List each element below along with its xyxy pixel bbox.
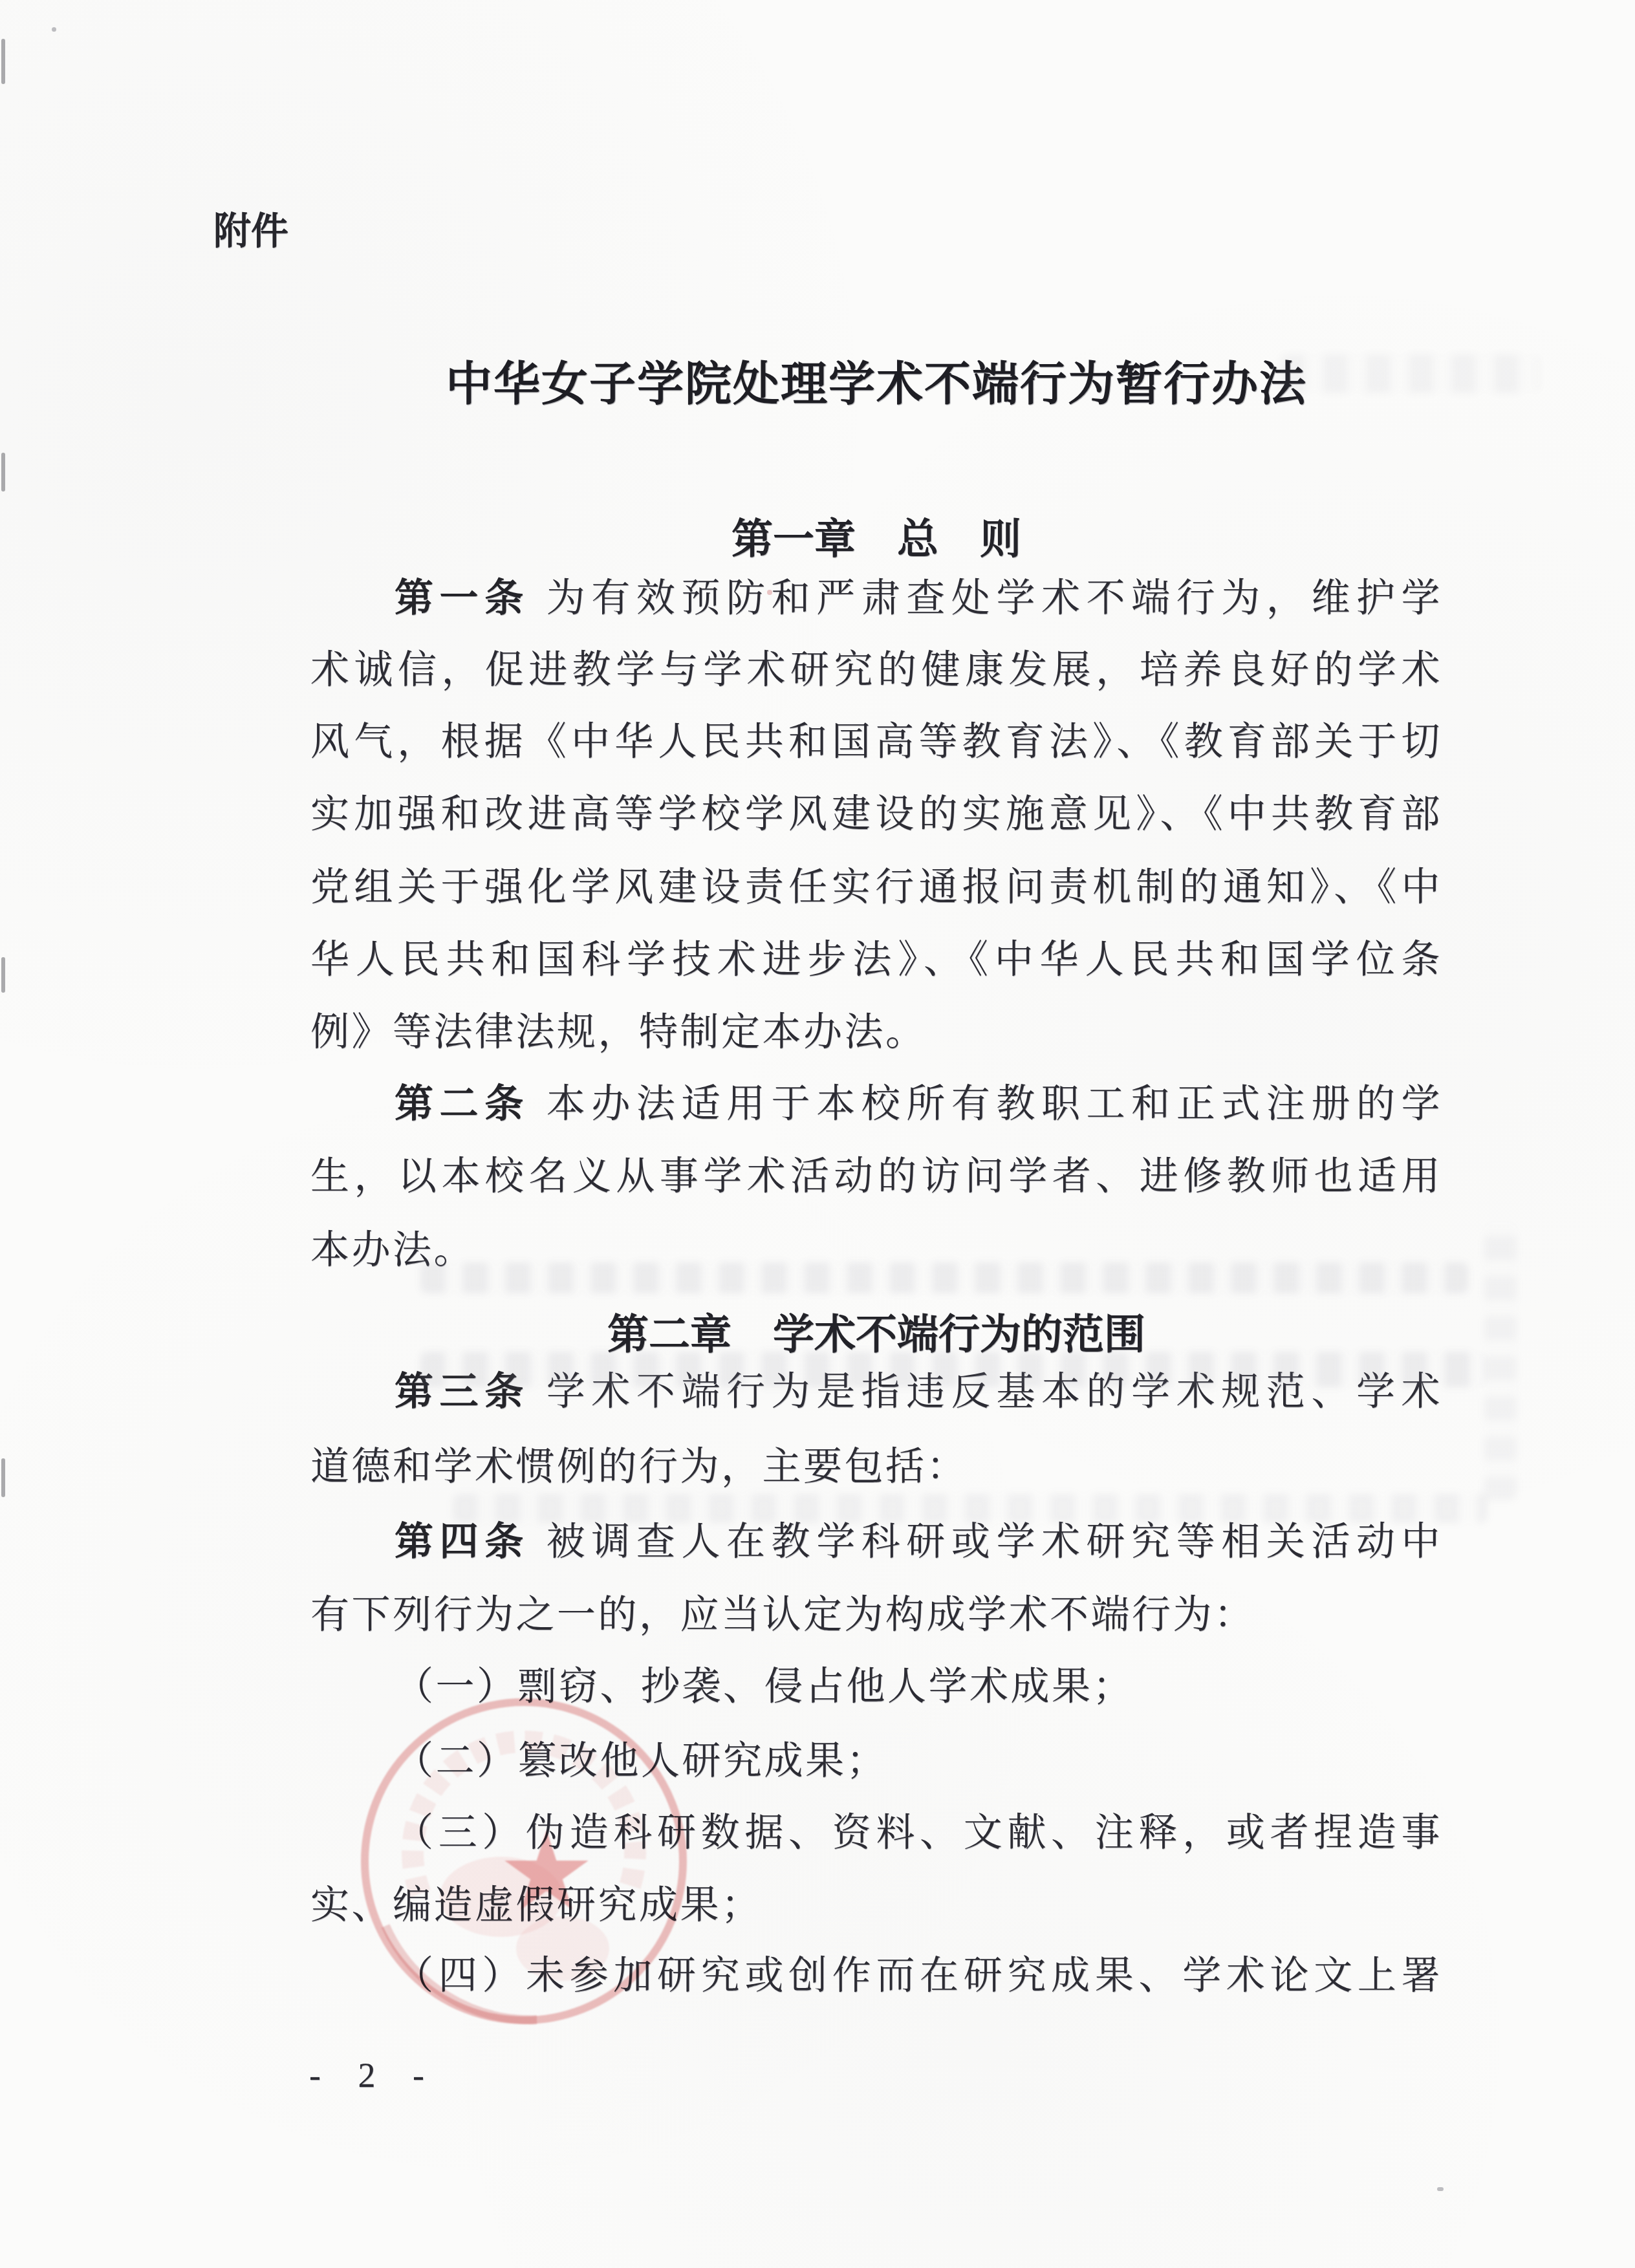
attachment-label: 附件 — [213, 211, 288, 252]
body-line-12: 道德和学术惯例的行为，主要包括： — [310, 1443, 1442, 1491]
line-text: （二）篡改他人研究成果； — [395, 1740, 887, 1782]
body-line-2: 术诚信，促进教学与学术研究的健康发展，培养良好的学术 — [310, 646, 1442, 694]
line-text: 实、编造虚假研究成果； — [310, 1884, 763, 1927]
article-number: 第四条 — [395, 1520, 530, 1563]
article-number: 第一条 — [395, 576, 530, 620]
body-line-11: 第三条学术不端行为是指违反基本的学术规范、学术 — [310, 1368, 1442, 1416]
body-line-5: 党组关于强化学风建设责任实行通报问责机制的通知》、《中 — [310, 863, 1442, 911]
bleedthrough-artifact — [1484, 1222, 1517, 1500]
body-line-9: 生，以本校名义从事学术活动的访问学者、进修教师也适用 — [310, 1152, 1442, 1200]
body-line-3: 风气，根据《中华人民共和国高等教育法》、《教育部关于切 — [310, 718, 1442, 766]
line-text: 风气，根据《中华人民共和国高等教育法》、《教育部关于切 — [310, 720, 1442, 763]
body-line-7: 例》等法律法规，特制定本办法。 — [310, 1008, 1442, 1056]
line-text: 学术不端行为是指违反基本的学术规范、学术 — [547, 1370, 1442, 1413]
line-text: （三）伪造科研数据、资料、文献、注释，或者捏造事 — [395, 1811, 1442, 1854]
scan-artifact — [1437, 2187, 1444, 2191]
body-line-18: 实、编造虚假研究成果； — [310, 1881, 1442, 1929]
scan-artifact — [1, 957, 5, 993]
line-text: 被调查人在教学科研或学术研究等相关活动中 — [547, 1520, 1442, 1563]
article-number: 第三条 — [395, 1370, 530, 1413]
line-text: 实加强和改进高等学校学风建设的实施意见》、《中共教育部 — [310, 793, 1442, 836]
line-text: （四）未参加研究或创作而在研究成果、学术论文上署 — [395, 1954, 1442, 1997]
page-number: - 2 - — [309, 2055, 439, 2095]
line-text: 党组关于强化学风建设责任实行通报问责机制的通知》、《中 — [310, 866, 1442, 909]
line-text: 道德和学术惯例的行为，主要包括： — [310, 1445, 968, 1488]
body-line-17: （三）伪造科研数据、资料、文献、注释，或者捏造事 — [310, 1809, 1442, 1857]
line-text: 术诚信，促进教学与学术研究的健康发展，培养良好的学术 — [310, 649, 1442, 691]
chapter-2-heading: 第二章 学术不端行为的范围 — [310, 1301, 1442, 1361]
chapter-1-heading: 第一章 总 则 — [310, 506, 1442, 565]
document-page: { "document": { "attachment_label": "附件"… — [0, 0, 1635, 2268]
scan-artifact — [767, 590, 772, 595]
article-number: 第二条 — [395, 1082, 530, 1125]
line-text: 本办法适用于本校所有教职工和正式注册的学 — [547, 1083, 1442, 1125]
scan-artifact — [1, 39, 5, 84]
line-text: 例》等法律法规，特制定本办法。 — [310, 1011, 927, 1053]
scan-artifact — [1, 1458, 5, 1497]
body-line-16: （二）篡改他人研究成果； — [310, 1737, 1442, 1785]
line-text: 为有效预防和严肃查处学术不端行为，维护学 — [547, 577, 1442, 620]
scan-artifact — [1, 453, 5, 491]
line-text: （一）剽窃、抄袭、侵占他人学术成果； — [395, 1665, 1134, 1708]
body-line-4: 实加强和改进高等学校学风建设的实施意见》、《中共教育部 — [310, 790, 1442, 838]
body-line-8: 第二条本办法适用于本校所有教职工和正式注册的学 — [310, 1080, 1442, 1128]
line-text: 生，以本校名义从事学术活动的访问学者、进修教师也适用 — [310, 1155, 1442, 1198]
line-text: 有下列行为之一的，应当认定为构成学术不端行为： — [310, 1593, 1255, 1636]
body-line-10: 本办法。 — [310, 1226, 1442, 1274]
body-line-1: 第一条为有效预防和严肃查处学术不端行为，维护学 — [310, 574, 1442, 622]
scan-artifact — [52, 27, 56, 32]
document-title: 中华女子学院处理学术不端行为暂行办法 — [310, 346, 1442, 413]
body-line-15: （一）剽窃、抄袭、侵占他人学术成果； — [310, 1663, 1442, 1711]
body-line-6: 华人民共和国科学技术进步法》、《中华人民共和国学位条 — [310, 936, 1442, 984]
body-line-13: 第四条被调查人在教学科研或学术研究等相关活动中 — [310, 1518, 1442, 1566]
body-line-14: 有下列行为之一的，应当认定为构成学术不端行为： — [310, 1591, 1442, 1639]
line-text: 华人民共和国科学技术进步法》、《中华人民共和国学位条 — [310, 938, 1442, 981]
line-text: 本办法。 — [310, 1229, 475, 1271]
body-line-19: （四）未参加研究或创作而在研究成果、学术论文上署 — [310, 1952, 1442, 2000]
